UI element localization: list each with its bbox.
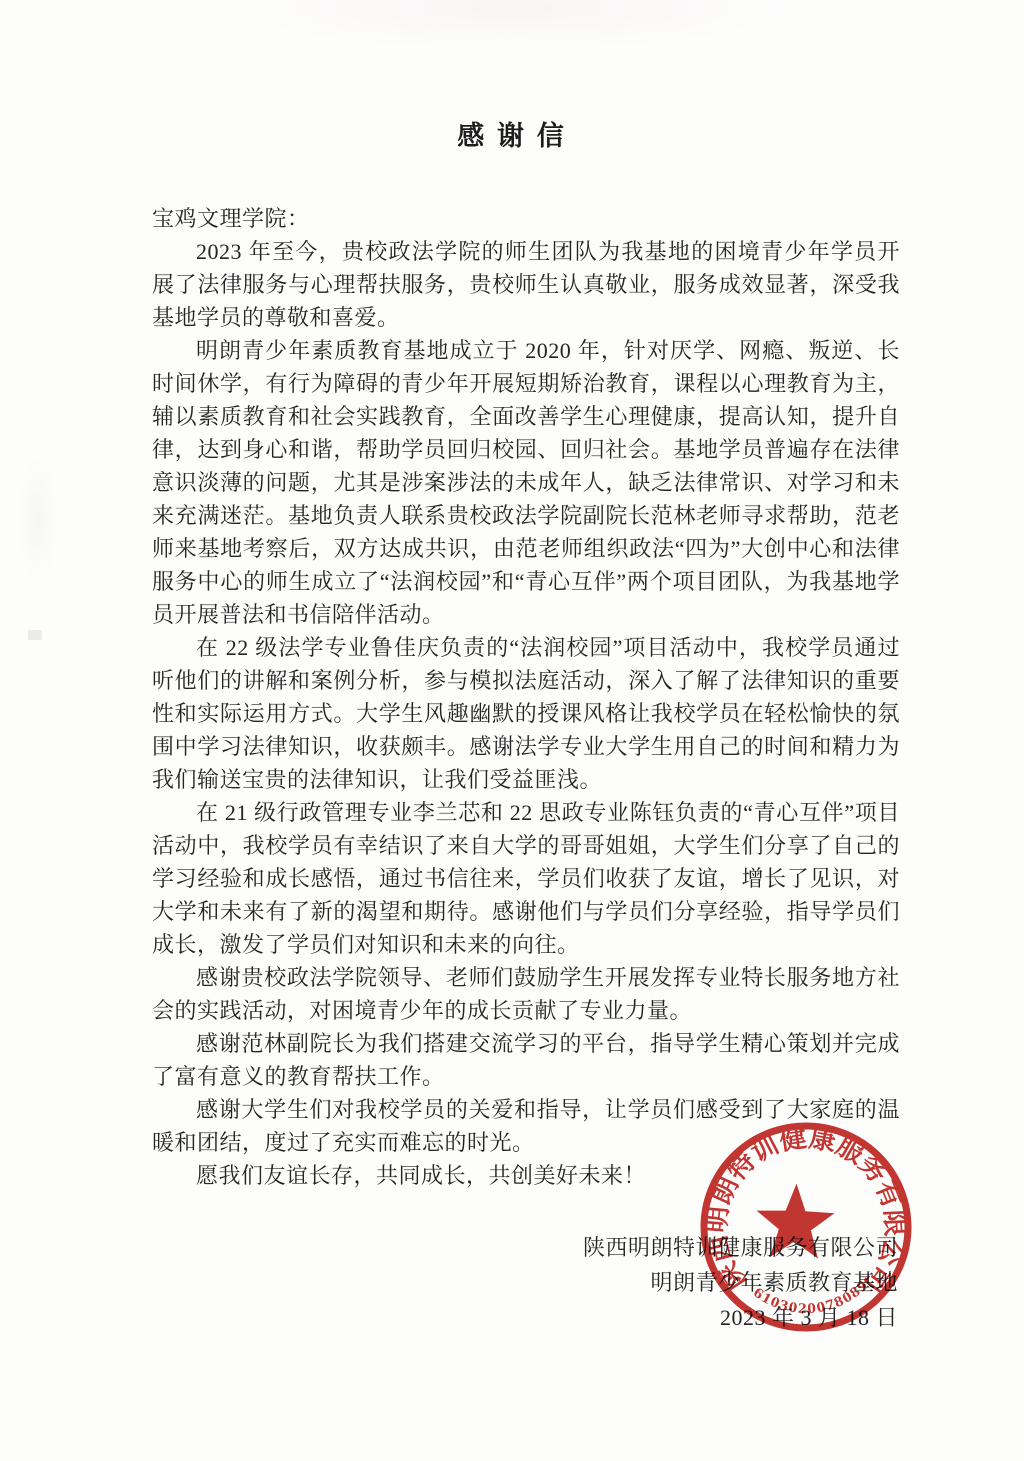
paragraph-2: 明朗青少年素质教育基地成立于 2020 年，针对厌学、网瘾、叛逆、长时间休学，有…	[152, 334, 900, 631]
letter-body: 宝鸡文理学院： 2023 年至今，贵校政法学院的师生团队为我基地的困境青少年学员…	[0, 202, 1024, 1192]
official-seal: 陕西明朗特训健康服务有限公司 6103020078089	[685, 1106, 927, 1348]
svg-text:陕西明朗特训健康服务有限公司: 陕西明朗特训健康服务有限公司	[700, 1119, 913, 1302]
paragraph-4: 在 21 级行政管理专业李兰芯和 22 思政专业陈钰负责的“青心互伴”项目活动中…	[152, 796, 900, 961]
paragraph-6: 感谢范林副院长为我们搭建交流学习的平台，指导学生精心策划并完成了富有意义的教育帮…	[152, 1027, 900, 1093]
paragraph-1: 2023 年至今，贵校政法学院的师生团队为我基地的困境青少年学员开展了法律服务与…	[152, 235, 900, 334]
paragraph-5: 感谢贵校政法学院领导、老师们鼓励学生开展发挥专业特长服务地方社会的实践活动，对困…	[152, 961, 900, 1027]
salutation: 宝鸡文理学院：	[152, 202, 900, 235]
star-icon	[755, 1182, 836, 1259]
paragraph-3: 在 22 级法学专业鲁佳庆负责的“法润校园”项目活动中，我校学员通过听他们的讲解…	[152, 631, 900, 796]
letter-title: 感 谢 信	[0, 0, 1024, 156]
letter-page: 感 谢 信 宝鸡文理学院： 2023 年至今，贵校政法学院的师生团队为我基地的困…	[0, 0, 1024, 1461]
seal-ring-text: 陕西明朗特训健康服务有限公司	[700, 1119, 913, 1302]
